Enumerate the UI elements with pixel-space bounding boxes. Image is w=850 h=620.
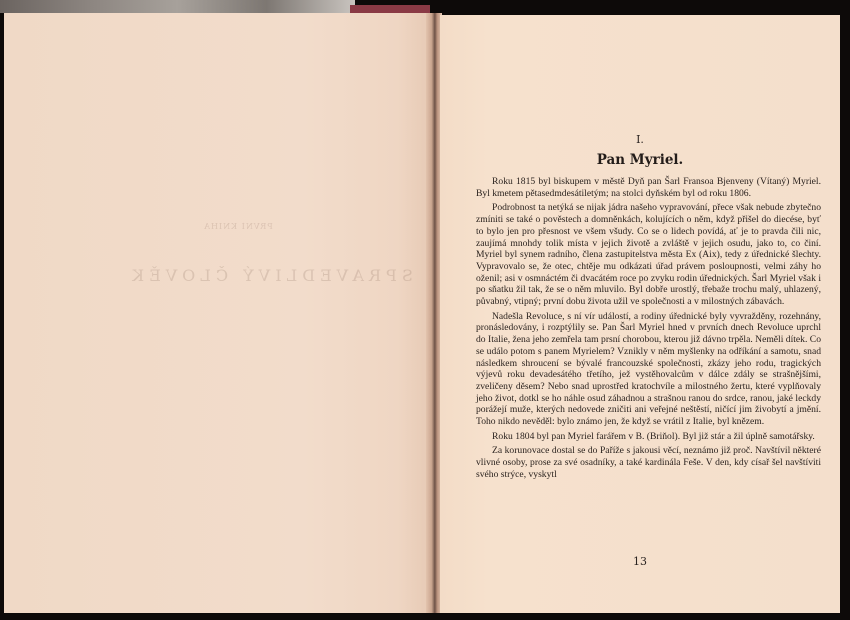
page-number: 13 bbox=[440, 555, 840, 568]
paragraph: Roku 1804 byl pan Myriel farářem v B. (B… bbox=[476, 431, 821, 443]
left-page bbox=[4, 13, 432, 613]
show-through-book-label: PRVNÍ KNIHA bbox=[178, 222, 298, 231]
paragraph: Nadešla Revoluce, s ní vír událostí, a r… bbox=[476, 311, 821, 428]
scan-border bbox=[0, 613, 850, 620]
paragraph: Za korunovace dostal se do Paříže s jako… bbox=[476, 445, 821, 480]
chapter-number: I. bbox=[440, 133, 840, 146]
paragraph: Roku 1815 byl biskupem v městě Dyň pan Š… bbox=[476, 176, 821, 199]
chapter-title: Pan Myriel. bbox=[440, 152, 840, 168]
paragraph: Podrobnost ta netýká se nijak jádra naše… bbox=[476, 202, 821, 307]
chapter-body: Roku 1815 byl biskupem v městě Dyň pan Š… bbox=[476, 176, 821, 484]
book-cover-edge bbox=[0, 0, 355, 13]
show-through-part-title: SPRAVEDLIVÝ ČLOVĚK bbox=[110, 266, 430, 285]
